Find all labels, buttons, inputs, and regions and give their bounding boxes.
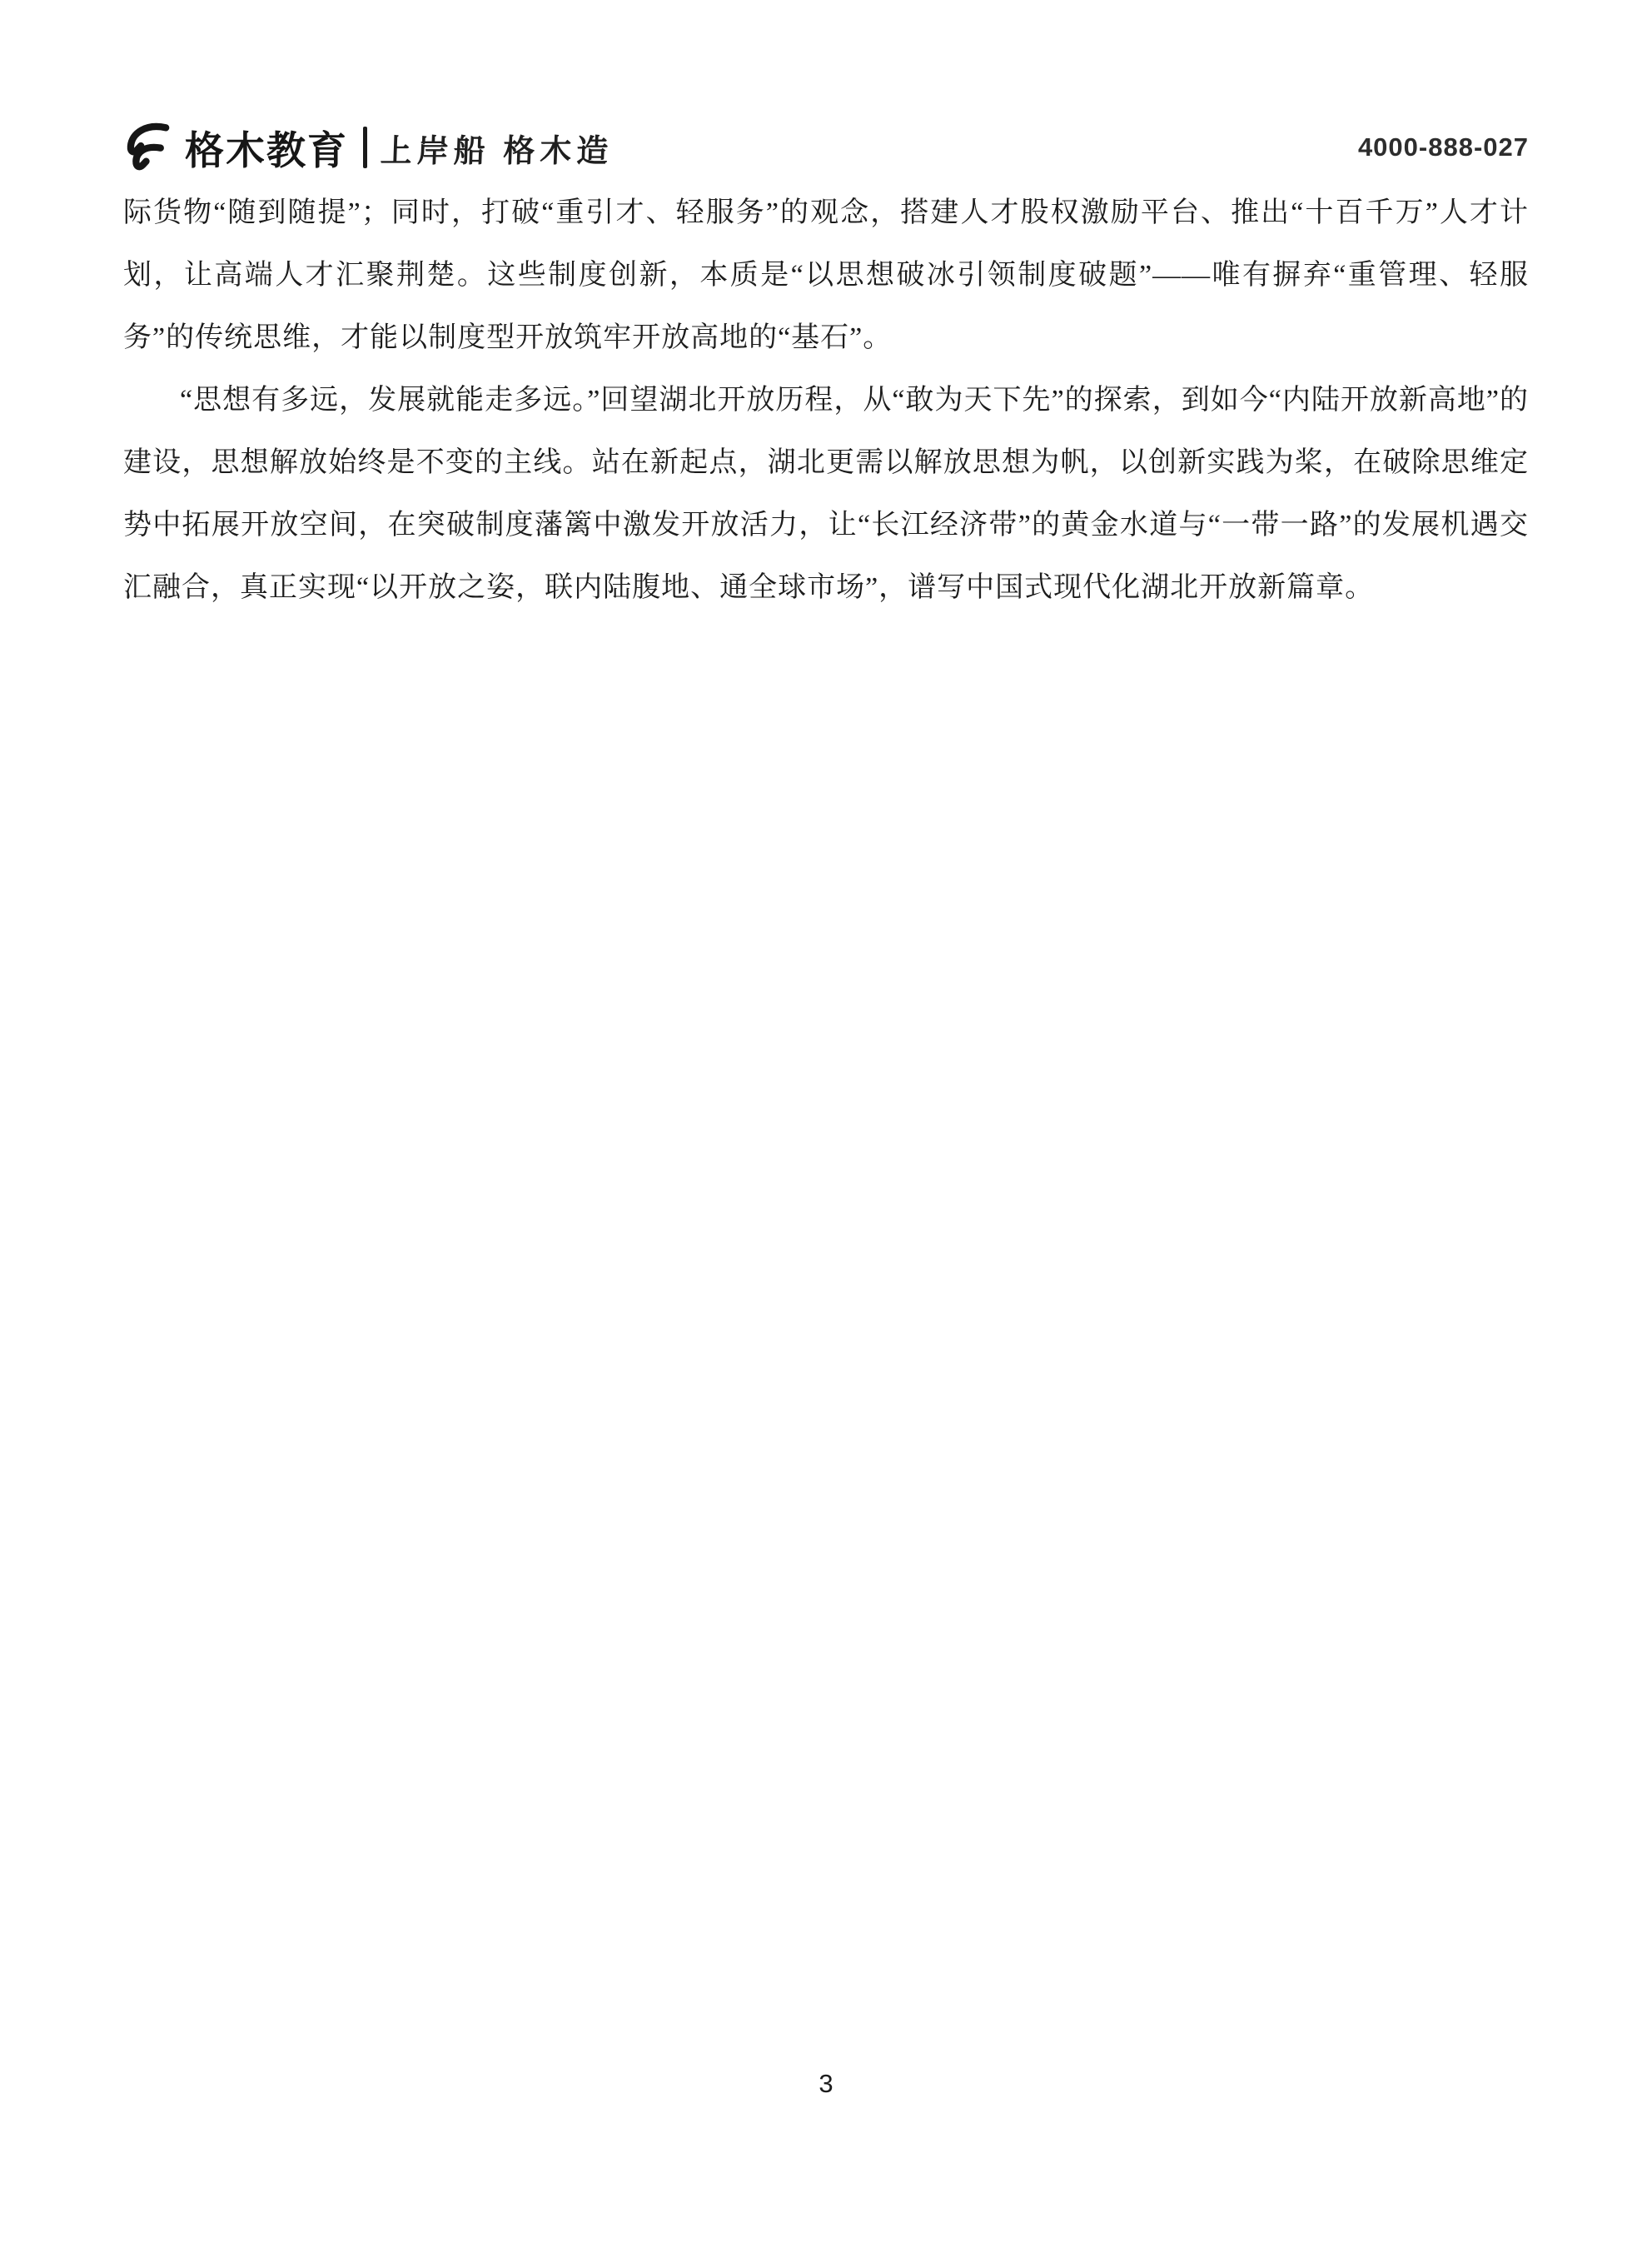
brand-divider xyxy=(363,127,367,168)
page-footer: 3 xyxy=(0,2069,1652,2099)
gemu-logo-icon xyxy=(123,121,177,174)
brand-slogan: 上岸船 格木造 xyxy=(380,125,614,171)
document-body: 际货物“随到随提”；同时，打破“重引才、轻服务”的观念，搭建人才股权激励平台、推… xyxy=(123,182,1529,619)
page-number: 3 xyxy=(819,2069,833,2098)
brand-name: 格木教育 xyxy=(185,120,348,176)
paragraph: 际货物“随到随提”；同时，打破“重引才、轻服务”的观念，搭建人才股权激励平台、推… xyxy=(123,182,1529,369)
document-page: 格木教育 上岸船 格木造 4000-888-027 际货物“随到随提”；同时，打… xyxy=(0,0,1652,2243)
header-phone-number: 4000-888-027 xyxy=(1358,132,1529,162)
brand-logo: 格木教育 上岸船 格木造 xyxy=(123,120,614,176)
paragraph: “思想有多远，发展就能走多远。”回望湖北开放历程，从“敢为天下先”的探索，到如今… xyxy=(123,369,1529,619)
page-header: 格木教育 上岸船 格木造 4000-888-027 xyxy=(123,115,1529,180)
